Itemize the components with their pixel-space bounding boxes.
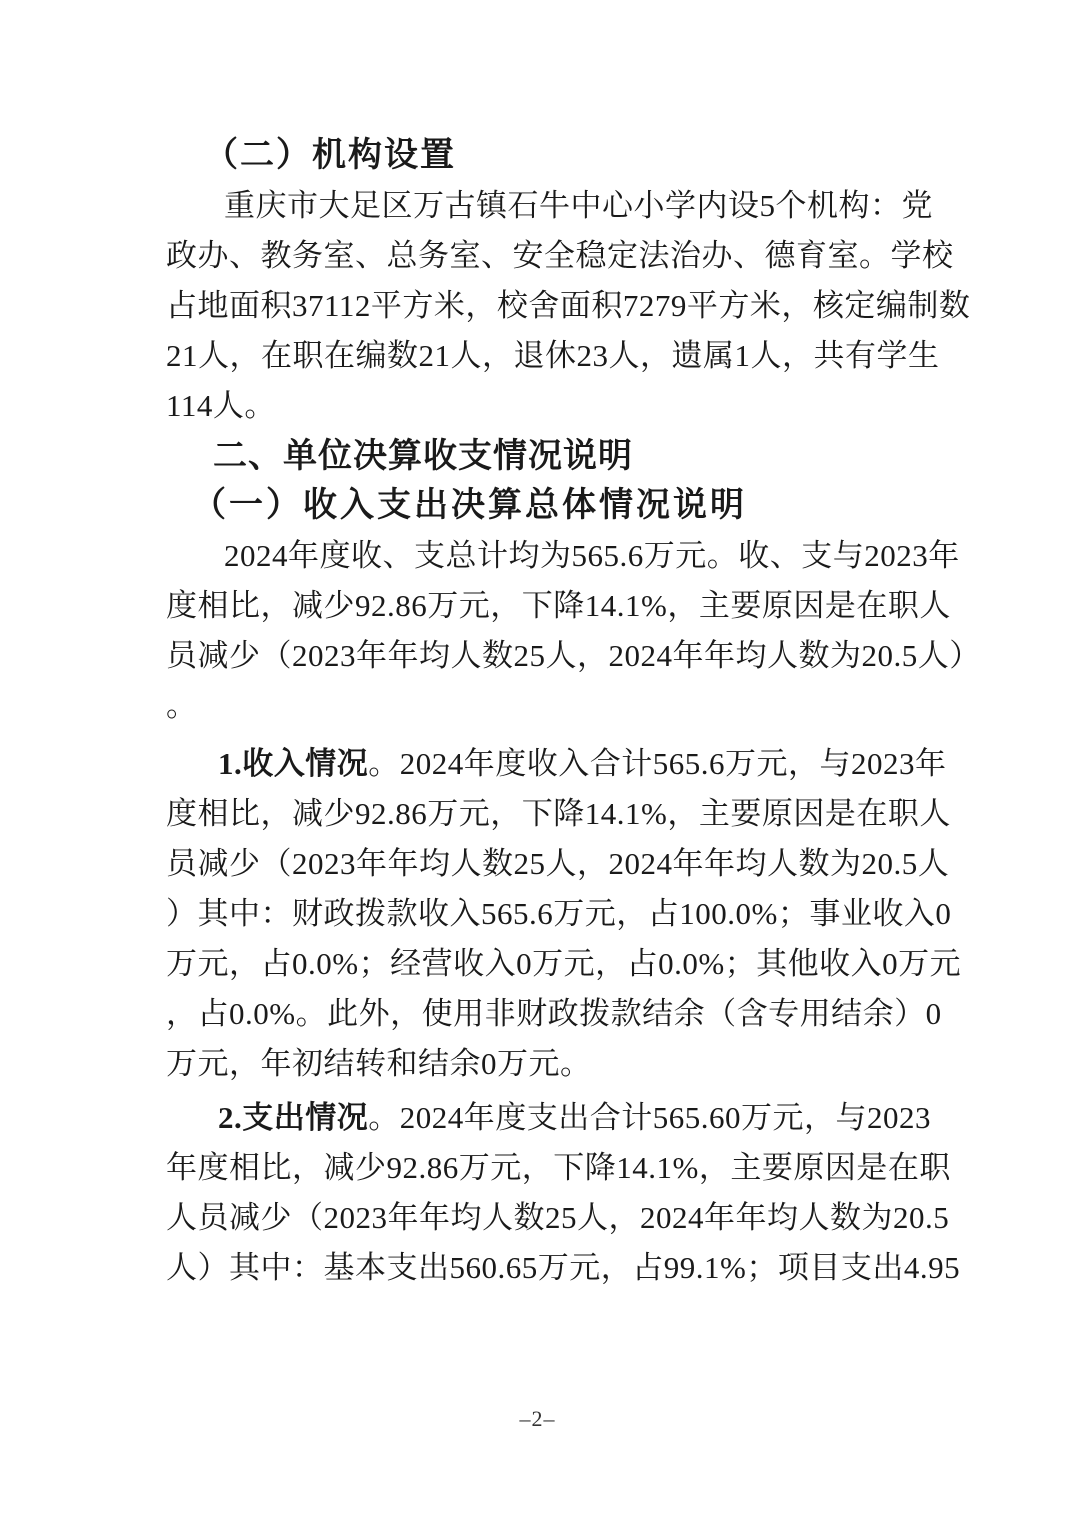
text-line: 。	[166, 681, 908, 731]
text-line: 员减少（2023年年均人数25人，2024年年均人数为20.5人	[166, 839, 908, 889]
text-line: 21人，在职在编数21人，退休23人，遗属1人，共有学生	[166, 331, 908, 381]
text-line: 人）其中：基本支出560.65万元，占99.1%；项目支出4.95	[166, 1243, 908, 1293]
text-line: 政办、教务室、总务室、安全稳定法治办、德育室。学校	[166, 231, 908, 281]
income-lead: 1.收入情况	[218, 746, 368, 781]
text-line: ，占0.0%。此外，使用非财政拨款结余（含专用结余）0	[166, 989, 908, 1039]
para-expense: 2.支出情况。2024年度支出合计565.60万元，与2023 年度相比，减少9…	[166, 1093, 908, 1293]
text-line: 2024年度收、支总计均为565.6万元。收、支与2023年	[166, 531, 908, 581]
text-line: 占地面积37112平方米，校舍面积7279平方米，核定编制数	[166, 281, 908, 331]
para-org: 重庆市大足区万古镇石牛中心小学内设5个机构：党 政办、教务室、总务室、安全稳定法…	[166, 181, 908, 431]
text-line: ）其中：财政拨款收入565.6万元，占100.0%；事业收入0	[166, 889, 908, 939]
text-line: 人员减少（2023年年均人数25人，2024年年均人数为20.5	[166, 1193, 908, 1243]
heading-section2: 二、单位决算收支情况说明	[166, 431, 908, 481]
text-line: 1.收入情况。2024年度收入合计565.6万元，与2023年	[166, 739, 908, 789]
text-line: 2.支出情况。2024年度支出合计565.60万元，与2023	[166, 1093, 908, 1143]
para-income: 1.收入情况。2024年度收入合计565.6万元，与2023年 度相比，减少92…	[166, 739, 908, 1089]
text-line: 度相比，减少92.86万元，下降14.1%，主要原因是在职人	[166, 789, 908, 839]
text-line: 万元，占0.0%；经营收入0万元，占0.0%；其他收入0万元	[166, 939, 908, 989]
line-rest: 。2024年度支出合计565.60万元，与2023	[368, 1100, 931, 1135]
para-overview: 2024年度收、支总计均为565.6万元。收、支与2023年 度相比，减少92.…	[166, 531, 908, 731]
text-line: 度相比，减少92.86万元，下降14.1%，主要原因是在职人	[166, 581, 908, 631]
text-line: 年度相比，减少92.86万元，下降14.1%，主要原因是在职	[166, 1143, 908, 1193]
expense-lead: 2.支出情况	[218, 1100, 368, 1135]
heading-sub1: （一）收入支出决算总体情况说明	[166, 481, 908, 531]
line-rest: 。2024年度收入合计565.6万元，与2023年	[368, 746, 946, 781]
text-line: 员减少（2023年年均人数25人，2024年年均人数为20.5人）	[166, 631, 908, 681]
page-number: –2–	[0, 1402, 1075, 1436]
document-page: （二）机构设置 重庆市大足区万古镇石牛中心小学内设5个机构：党 政办、教务室、总…	[0, 0, 1075, 1520]
text-line: 万元，年初结转和结余0万元。	[166, 1039, 908, 1089]
text-line: 重庆市大足区万古镇石牛中心小学内设5个机构：党	[166, 181, 908, 231]
heading-org-setup: （二）机构设置	[166, 131, 908, 181]
content-column: （二）机构设置 重庆市大足区万古镇石牛中心小学内设5个机构：党 政办、教务室、总…	[166, 0, 908, 1293]
text-line: 114人。	[166, 381, 908, 431]
